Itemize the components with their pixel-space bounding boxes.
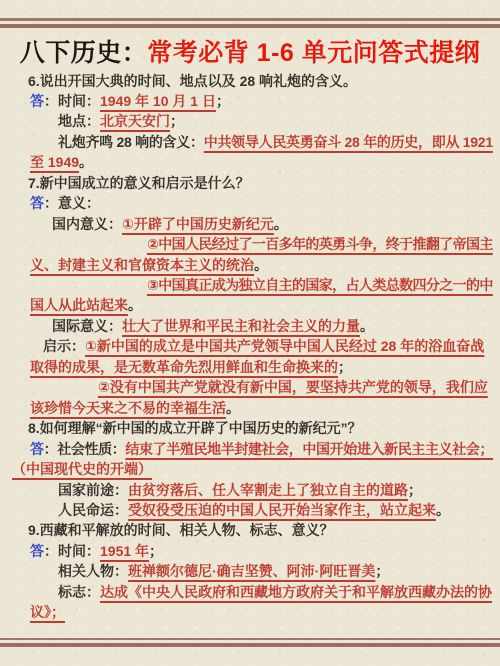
plain-text: 。 — [226, 400, 240, 416]
qa-line: 答：意义： — [30, 193, 100, 213]
answer-marker: 答 — [30, 195, 44, 211]
answer-highlight: 壮大了世界和平民主和社会主义的力量 — [122, 318, 360, 334]
qa-line: 答：社会性质：结束了半殖民地半封建社会，中国开始进入新民主主义社会； — [30, 439, 493, 459]
answer-highlight: ①开辟了中国历史新纪元 — [122, 216, 274, 232]
qa-line: 人民命运：受奴役受压迫的中国人民开始当家作主，站立起来。 — [58, 500, 450, 520]
plain-text: 。 — [360, 318, 374, 334]
qa-line: 该珍惜今天来之不易的幸福生活。 — [30, 398, 240, 418]
answer-highlight: 取得的成果，是无数革命先烈用鲜血和生命换来的 — [30, 359, 338, 375]
plain-text: 。 — [436, 502, 450, 518]
qa-line: 国内意义：①开辟了中国历史新纪元。 — [52, 214, 288, 234]
plain-text: 国际意义： — [52, 318, 122, 334]
answer-highlight: 1951 年 — [100, 543, 149, 559]
answer-highlight: ②没有中国共产党就没有新中国，要坚持共产党的领导，我们应 — [98, 379, 488, 395]
qa-line: 启示：①新中国的成立是中国共产党领导中国人民经过 28 年的浴血奋战 — [43, 336, 484, 356]
answer-highlight: （中国现代史的开端） — [12, 461, 152, 477]
answer-highlight: 义、封建主义和官僚资本主义的统治 — [30, 257, 254, 273]
plain-text: 启示： — [43, 338, 85, 354]
plain-text: ； — [216, 93, 230, 109]
paper-page: { "header": { "title_black": "八下历史：", "t… — [0, 0, 500, 666]
plain-text: 。 — [274, 216, 288, 232]
plain-text: 7.新中国成立的意义和启示是什么？ — [28, 175, 250, 191]
answer-marker: 答 — [30, 441, 44, 457]
plain-text: ：时间： — [44, 543, 100, 559]
answer-highlight: 议》； — [30, 604, 65, 620]
plain-text: ：意义： — [44, 195, 100, 211]
qa-line: 7.新中国成立的意义和启示是什么？ — [28, 173, 250, 193]
plain-text: 9.西藏和平解放的时间、相关人物、标志、意义？ — [28, 522, 334, 538]
qa-content: 6.说出开国大典的时间、地点以及 28 响礼炮的含义。答：时间：1949 年 1… — [0, 0, 500, 666]
plain-text: 8.如何理解“新中国的成立开辟了中国历史的新纪元”？ — [28, 420, 362, 436]
plain-text: 地点： — [58, 113, 100, 129]
plain-text: ：时间： — [44, 93, 100, 109]
qa-line: ③中国真正成为独立自主的国家，占人类总数四分之一的中 — [147, 275, 493, 295]
plain-text: 。 — [254, 257, 268, 273]
answer-highlight: ①新中国的成立是中国共产党领导中国人民经过 28 年的浴血奋战 — [85, 338, 484, 354]
qa-line: 8.如何理解“新中国的成立开辟了中国历史的新纪元”？ — [28, 418, 362, 438]
plain-text: 。 — [79, 154, 93, 170]
qa-line: 地点：北京天安门； — [58, 111, 184, 131]
plain-text: 相关人物： — [58, 563, 128, 579]
answer-highlight: ②中国人民经过了一百多年的英勇斗争，终于推翻了帝国主 — [147, 236, 493, 252]
answer-highlight: 由贫穷落后、任人宰割走上了独立自主的道路 — [128, 482, 408, 498]
plain-text: 礼炮齐鸣 28 响的含义： — [58, 134, 204, 150]
qa-line: 6.说出开国大典的时间、地点以及 28 响礼炮的含义。 — [28, 71, 357, 91]
plain-text: ； — [149, 543, 163, 559]
qa-line: 议》； — [30, 602, 65, 622]
answer-highlight: 达成《中央人民政府和西藏地方政府关于和平解放西藏办法的协 — [100, 584, 492, 600]
answer-highlight: 受奴役受压迫的中国人民开始当家作主，站立起来 — [128, 502, 436, 518]
answer-highlight: 1949 年 10 月 1 日 — [100, 93, 216, 109]
qa-line: 答：时间：1951 年； — [30, 541, 163, 561]
plain-text: 6.说出开国大典的时间、地点以及 28 响礼炮的含义。 — [28, 73, 357, 89]
answer-highlight: 中共领导人民英勇奋斗 28 年的历史，即从 1921 — [204, 134, 493, 150]
answer-marker: 答 — [30, 543, 44, 559]
qa-line: 国家前途：由贫穷落后、任人宰割走上了独立自主的道路； — [58, 480, 422, 500]
plain-text: 。 — [128, 297, 142, 313]
plain-text: ； — [338, 359, 352, 375]
qa-line: ②没有中国共产党就没有新中国，要坚持共产党的领导，我们应 — [98, 377, 488, 397]
plain-text: ； — [408, 482, 422, 498]
qa-line: 标志：达成《中央人民政府和西藏地方政府关于和平解放西藏办法的协 — [58, 582, 492, 602]
qa-line: 9.西藏和平解放的时间、相关人物、标志、意义？ — [28, 520, 334, 540]
qa-line: 相关人物：班禅额尔德尼·确吉坚赞、阿沛·阿旺晋美； — [58, 561, 389, 581]
qa-line: 至 1949。 — [30, 152, 93, 172]
answer-highlight: 班禅额尔德尼·确吉坚赞、阿沛·阿旺晋美 — [128, 563, 375, 579]
plain-text: 国家前途： — [58, 482, 128, 498]
plain-text: ：社会性质： — [44, 441, 126, 457]
qa-line: 国际意义：壮大了世界和平民主和社会主义的力量。 — [52, 316, 374, 336]
qa-line: 义、封建主义和官僚资本主义的统治。 — [30, 255, 268, 275]
plain-text: 国内意义： — [52, 216, 122, 232]
plain-text: 标志： — [58, 584, 100, 600]
answer-highlight: 国人从此站起来 — [30, 297, 128, 313]
qa-line: ②中国人民经过了一百多年的英勇斗争，终于推翻了帝国主 — [147, 234, 493, 254]
qa-line: （中国现代史的开端） — [12, 459, 152, 479]
qa-line: 答：时间：1949 年 10 月 1 日； — [30, 91, 230, 111]
answer-highlight: 该珍惜今天来之不易的幸福生活 — [30, 400, 226, 416]
qa-line: 国人从此站起来。 — [30, 295, 142, 315]
answer-highlight: ③中国真正成为独立自主的国家，占人类总数四分之一的中 — [147, 277, 493, 293]
answer-highlight: 至 1949 — [30, 154, 79, 170]
qa-line: 礼炮齐鸣 28 响的含义：中共领导人民英勇奋斗 28 年的历史，即从 1921 — [58, 132, 493, 152]
answer-marker: 答 — [30, 93, 44, 109]
plain-text: ； — [375, 563, 389, 579]
qa-line: 取得的成果，是无数革命先烈用鲜血和生命换来的； — [30, 357, 352, 377]
answer-highlight: 北京天安门 — [100, 113, 170, 129]
answer-highlight: 结束了半殖民地半封建社会，中国开始进入新民主主义社会； — [125, 441, 493, 457]
plain-text: ； — [170, 113, 184, 129]
plain-text: 人民命运： — [58, 502, 128, 518]
